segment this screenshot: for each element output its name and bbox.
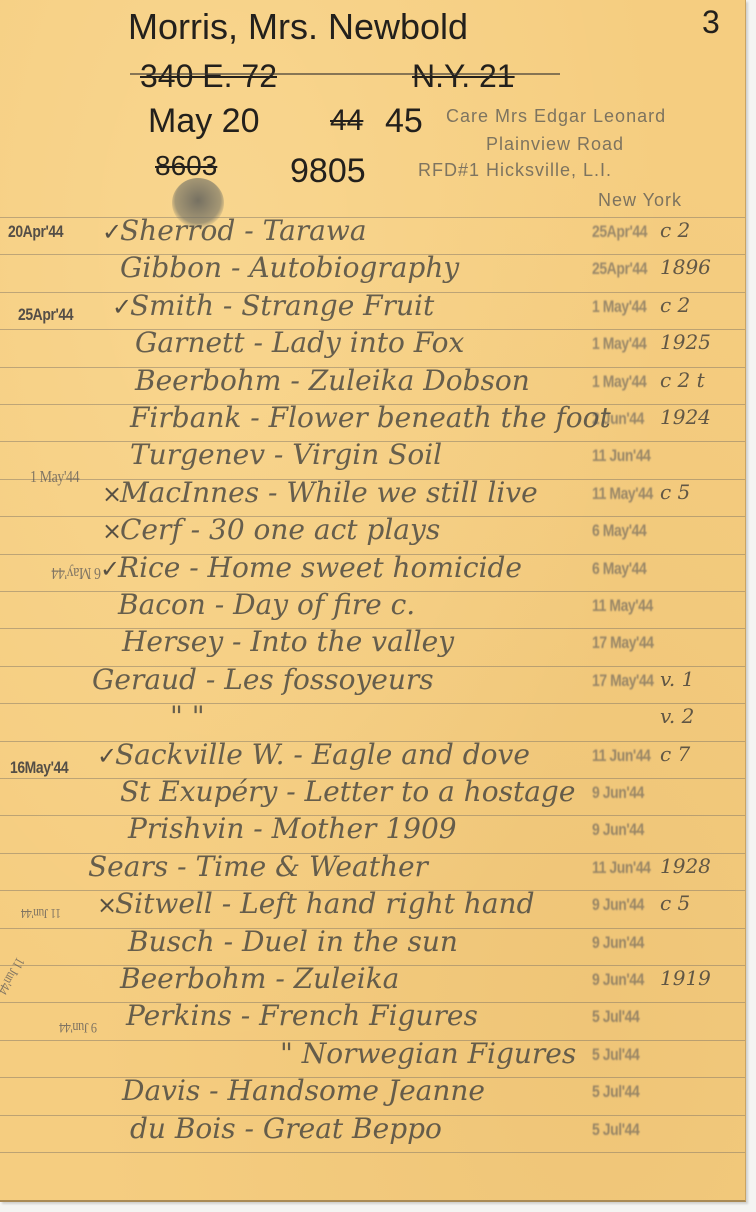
due-date-stamp: 6 May'44 — [592, 521, 646, 541]
book-title: Garnett - Lady into Fox — [135, 326, 464, 359]
left-stamp: 25Apr'44 — [18, 305, 73, 325]
margin-note: 1896 — [660, 255, 711, 279]
book-title: Geraud - Les fossoyeurs — [92, 663, 434, 696]
due-date-stamp: 1 May'44 — [592, 297, 646, 317]
margin-note: c 7 — [660, 742, 690, 766]
due-date-stamp: 17 May'44 — [592, 671, 654, 691]
left-stamp-inverted: 9 Jun'44 — [15, 1018, 97, 1035]
book-title: Prishvin - Mother 1909 — [128, 812, 457, 845]
card-number: 3 — [702, 4, 720, 41]
strike-line — [130, 73, 560, 75]
margin-note: 1925 — [660, 330, 711, 354]
old-address: 340 E. 72 — [140, 58, 277, 95]
due-date-stamp: 1 May'44 — [592, 334, 646, 354]
due-date-stamp: 11 May'44 — [592, 484, 653, 504]
due-date-stamp: 25Apr'44 — [592, 259, 647, 279]
care-of-line-1: Care Mrs Edgar Leonard — [446, 106, 666, 127]
margin-note: c 5 — [660, 480, 690, 504]
due-date-stamp: 9 Jun'44 — [592, 970, 644, 990]
book-title: du Bois - Great Beppo — [130, 1112, 442, 1145]
margin-note: 1924 — [660, 405, 711, 429]
book-title: Firbank - Flower beneath the foot — [130, 401, 611, 434]
left-stamp-inverted: 6 May'44 — [19, 563, 101, 583]
book-title: Sears - Time & Weather — [88, 850, 428, 883]
old-card-number: 8603 — [155, 150, 217, 182]
due-date-stamp: 9 Jun'44 — [592, 933, 644, 953]
margin-note: c 2 — [660, 293, 690, 317]
book-title: Sackville W. - Eagle and dove — [115, 738, 530, 771]
book-title: Gibbon - Autobiography — [120, 251, 459, 284]
due-date-stamp: 5 Jul'44 — [592, 1045, 639, 1065]
old-year: 44 — [330, 104, 363, 138]
book-title: St Exupéry - Letter to a hostage — [120, 775, 575, 808]
patron-name: Morris, Mrs. Newbold — [128, 6, 468, 48]
ruled-line — [0, 1152, 745, 1153]
new-card-number: 9805 — [290, 152, 366, 191]
margin-note: c 2 t — [660, 368, 705, 392]
care-of-line-4: New York — [598, 190, 682, 211]
due-date-stamp: 11 Jun'44 — [592, 858, 651, 878]
due-date-stamp: 5 Jul'44 — [592, 1120, 639, 1140]
care-of-line-2: Plainview Road — [486, 134, 624, 155]
book-title: Sitwell - Left hand right hand — [115, 887, 535, 920]
due-date-stamp: 6 May'44 — [592, 559, 646, 579]
due-date-stamp: 9 Jun'44 — [592, 820, 644, 840]
book-title: Busch - Duel in the sun — [128, 925, 458, 958]
margin-note: c 2 — [660, 218, 690, 242]
left-stamp: 16May'44 — [10, 758, 68, 778]
new-year: 45 — [385, 102, 423, 141]
left-stamp: 20Apr'44 — [8, 222, 63, 242]
due-date-stamp: 5 Jul'44 — [592, 1007, 639, 1027]
book-title: Smith - Strange Fruit — [130, 289, 434, 322]
margin-note: v. 2 — [660, 704, 694, 728]
book-title: Cerf - 30 one act plays — [120, 513, 440, 546]
left-stamp: 1 May'44 — [30, 467, 79, 487]
margin-note: 1928 — [660, 854, 711, 878]
book-title: Rice - Home sweet homicide — [118, 551, 522, 584]
care-of-line-3: RFD#1 Hicksville, L.I. — [418, 160, 612, 181]
left-stamp-inverted: 11 Jun'44 — [0, 954, 27, 996]
book-title: Davis - Handsome Jeanne — [122, 1074, 485, 1107]
book-title: Beerbohm - Zuleika Dobson — [135, 364, 530, 397]
book-title: Beerbohm - Zuleika — [120, 962, 399, 995]
due-date-stamp: 9 Jun'44 — [592, 895, 644, 915]
left-stamp-inverted: 11 Jun'44 — [0, 904, 61, 920]
book-title: Sherrod - Tarawa — [120, 214, 367, 247]
due-date-stamp: 25Apr'44 — [592, 222, 647, 242]
book-title: Bacon - Day of fire c. — [118, 588, 415, 621]
book-title: " Norwegian Figures — [280, 1037, 576, 1070]
margin-note: v. 1 — [660, 667, 694, 691]
ruled-line — [0, 703, 745, 704]
book-title: " " — [170, 700, 205, 733]
due-date-stamp: 11 May'44 — [592, 596, 653, 616]
due-date-stamp: 11 Jun'44 — [592, 446, 651, 466]
book-title: Hersey - Into the valley — [122, 625, 454, 658]
old-city: N.Y. 21 — [412, 58, 515, 95]
catalog-card: Morris, Mrs. Newbold 3 340 E. 72 N.Y. 21… — [0, 0, 746, 1202]
due-date-stamp: 2 Jun'44 — [592, 409, 644, 429]
margin-note: 1919 — [660, 966, 711, 990]
expiry-date: May 20 — [148, 102, 260, 141]
due-date-stamp: 1 May'44 — [592, 372, 646, 392]
due-date-stamp: 9 Jun'44 — [592, 783, 644, 803]
due-date-stamp: 11 Jun'44 — [592, 746, 651, 766]
book-title: Perkins - French Figures — [126, 999, 478, 1032]
book-title: MacInnes - While we still live — [120, 476, 538, 509]
book-title: Turgenev - Virgin Soil — [130, 438, 442, 471]
due-date-stamp: 5 Jul'44 — [592, 1082, 639, 1102]
margin-note: c 5 — [660, 891, 690, 915]
due-date-stamp: 17 May'44 — [592, 633, 654, 653]
